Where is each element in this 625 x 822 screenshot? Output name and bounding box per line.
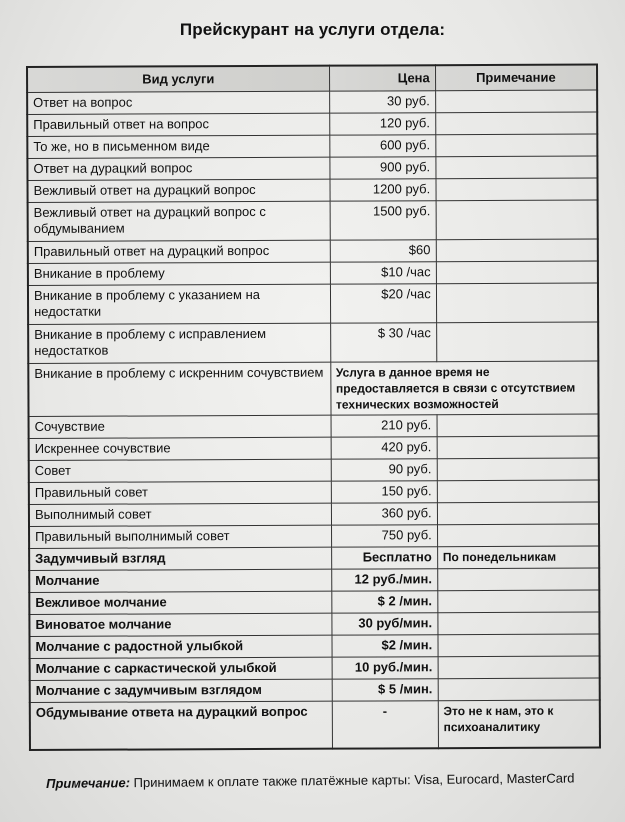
table-row: Молчание12 руб./мин. [29,568,599,592]
service-price: 210 руб. [331,415,437,437]
service-price: 360 руб. [331,503,437,525]
service-note [436,200,598,240]
service-name: То же, но в письменном виде [27,135,329,158]
service-name: Молчание [29,569,331,592]
table-row: Вникание в проблему с исправлением недос… [28,322,598,363]
service-price: 30 руб/мин. [331,613,437,635]
service-price: 10 руб./мин. [332,657,438,679]
service-price: $10 /час [330,262,436,284]
service-name: Правильный ответ на вопрос [27,113,329,136]
service-note [436,178,598,201]
footnote-label: Примечание: [46,775,130,791]
service-name: Молчание с радостной улыбкой [29,635,331,658]
service-price: $20 /час [330,284,436,323]
table-header-row: Вид услуги Цена Примечание [27,65,597,93]
table-row: Вникание в проблему с указанием на недос… [28,283,598,324]
service-name: Правильный выполнимый совет [29,525,331,548]
price-list-table: Вид услуги Цена Примечание Ответ на вопр… [26,64,601,751]
service-note [437,502,599,525]
table-row: Молчание с радостной улыбкой$2 /мин. [29,634,599,658]
service-price: 12 руб./мин. [331,569,437,591]
service-price: $ 5 /мин. [332,679,438,701]
service-name: Вникание в проблему [28,262,330,285]
service-price: 750 руб. [331,525,437,547]
service-name: Правильный совет [29,481,331,504]
service-price: 600 руб. [329,135,435,157]
service-name: Ответ на дурацкий вопрос [27,157,329,180]
table-row: Молчание с задумчивым взглядом$ 5 /мин. [30,678,600,702]
table-row: То же, но в письменном виде600 руб. [27,134,597,158]
service-name: Вежливый ответ на дурацкий вопрос с обду… [28,201,330,241]
column-header-price: Цена [329,65,435,91]
service-note [436,261,598,284]
table-row: Выполнимый совет360 руб. [29,502,599,526]
service-price: $ 2 /мин. [331,591,437,613]
table-row: Виноватое молчание30 руб/мин. [29,612,599,636]
service-price: 90 руб. [331,459,437,481]
column-header-service: Вид услуги [27,66,329,93]
service-name: Правильный ответ на дурацкий вопрос [28,240,330,263]
service-price: - [332,701,438,749]
service-price: 120 руб. [329,113,435,135]
table-row: Вникание в проблему с искренним сочувств… [28,361,598,416]
table-row: Обдумывание ответа на дурацкий вопрос-Эт… [30,700,600,750]
service-note [437,480,599,503]
service-note [436,156,598,179]
service-name: Искреннее сочувствие [29,437,331,460]
service-name: Вникание в проблему с указанием на недос… [28,284,330,324]
service-note [435,90,597,113]
service-unavailable-notice: Услуга в данное время не предоставляется… [330,361,598,415]
service-note [435,134,597,157]
service-name: Виноватое молчание [29,613,331,636]
service-note [437,436,599,459]
service-price: $ 30 /час [330,323,436,362]
service-note [437,414,599,437]
service-price: $2 /мин. [332,635,438,657]
table-row: Вежливый ответ на дурацкий вопрос с обду… [28,200,598,241]
service-note [435,112,597,135]
document-title: Прейскурант на услуги отдела: [0,20,625,40]
service-note [438,656,600,679]
service-name: Вникание в проблему с исправлением недос… [28,323,330,363]
service-note [437,458,599,481]
service-note [437,590,599,613]
table-row: Задумчивый взглядБесплатноПо понедельник… [29,546,599,570]
service-price: 1200 руб. [330,179,436,201]
service-price: 30 руб. [329,91,435,113]
table-row: Правильный выполнимый совет750 руб. [29,524,599,548]
table-row: Правильный ответ на дурацкий вопрос$60 [28,239,598,263]
service-note [438,612,600,635]
service-price: 1500 руб. [330,201,436,240]
table-row: Правильный совет150 руб. [29,480,599,504]
service-note [438,678,600,701]
service-price: 420 руб. [331,437,437,459]
service-note [436,283,598,323]
service-name: Задумчивый взгляд [29,547,331,570]
table-row: Молчание с саркастической улыбкой10 руб.… [30,656,600,680]
service-name: Молчание с задумчивым взглядом [30,679,332,702]
table-row: Вникание в проблему$10 /час [28,261,598,285]
service-note [438,634,600,657]
service-note [437,524,599,547]
column-header-note: Примечание [435,65,597,91]
service-name: Ответ на вопрос [27,91,329,114]
table-row: Совет90 руб. [29,458,599,482]
service-name: Вежливое молчание [29,591,331,614]
table-row: Вежливое молчание$ 2 /мин. [29,590,599,614]
table-row: Сочувствие210 руб. [29,414,599,438]
service-note [436,239,598,262]
service-note: Это не к нам, это к психоаналитику [438,700,600,748]
service-name: Вежливый ответ на дурацкий вопрос [27,179,329,202]
service-name: Вникание в проблему с искренним сочувств… [28,362,330,416]
table-row: Искреннее сочувствие420 руб. [29,436,599,460]
service-name: Молчание с саркастической улыбкой [30,657,332,680]
service-note [436,322,598,362]
service-price: $60 [330,240,436,262]
service-name: Сочувствие [29,415,331,438]
table-row: Правильный ответ на вопрос120 руб. [27,112,597,136]
service-note: По понедельникам [437,546,599,569]
service-name: Совет [29,459,331,482]
service-name: Обдумывание ответа на дурацкий вопрос [30,701,332,750]
table-row: Ответ на вопрос30 руб. [27,90,597,114]
service-name: Выполнимый совет [29,503,331,526]
service-note [437,568,599,591]
service-price: 150 руб. [331,481,437,503]
table-row: Ответ на дурацкий вопрос900 руб. [27,156,597,180]
table-row: Вежливый ответ на дурацкий вопрос1200 ру… [27,178,597,202]
service-price: 900 руб. [329,157,435,179]
service-price: Бесплатно [331,547,437,569]
